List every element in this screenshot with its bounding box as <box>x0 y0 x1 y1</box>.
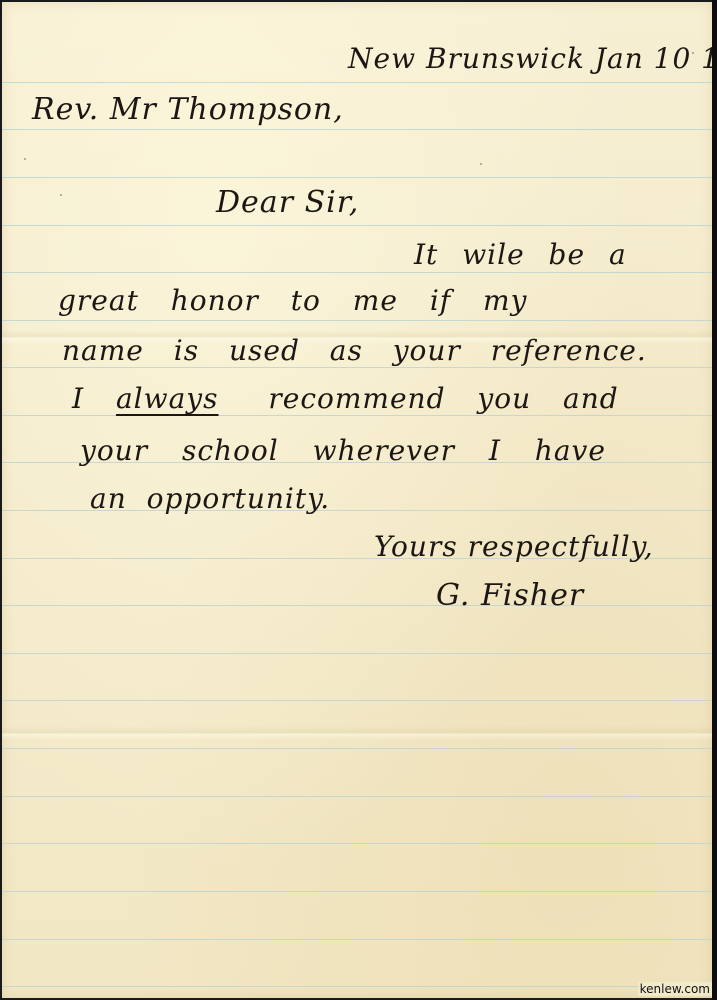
recipient-line: Rev. Mr Thompson, <box>32 92 344 127</box>
ruled-line <box>2 272 712 273</box>
ruled-line <box>2 225 712 226</box>
body-line-4: I always recommend you and <box>72 382 619 415</box>
ruled-line <box>2 891 712 892</box>
ruled-line <box>2 177 712 178</box>
scan-border <box>712 0 717 1000</box>
ruled-line <box>2 748 712 749</box>
signature: G. Fisher <box>436 578 584 613</box>
ruled-line <box>2 843 712 844</box>
underlined-word-always: always <box>116 382 219 415</box>
ruled-line <box>2 320 712 321</box>
watermark: kenlew.com <box>638 982 712 996</box>
ruled-line <box>2 986 712 987</box>
body-line-3: name is used as your reference. <box>62 334 647 367</box>
ruled-line <box>2 700 712 701</box>
paper-speck <box>24 158 26 160</box>
body-line-1: It wile be a <box>414 238 627 271</box>
ruled-line <box>2 82 712 83</box>
paper-speck <box>60 194 62 196</box>
body-line-2: great honor to me if my <box>58 284 527 317</box>
place-date-line: New Brunswick Jan 10 1875, <box>348 42 717 75</box>
ruled-line <box>2 415 712 416</box>
body-line-4-prefix: I <box>72 382 84 415</box>
ruled-line <box>2 939 712 940</box>
letter-page: New Brunswick Jan 10 1875, Rev. Mr Thomp… <box>2 2 712 998</box>
ruled-line <box>2 367 712 368</box>
ruled-line <box>2 796 712 797</box>
body-line-5: your school wherever I have <box>80 434 606 467</box>
fold-crease <box>2 726 712 740</box>
body-line-6: an opportunity. <box>90 482 330 515</box>
paper-speck <box>480 163 482 165</box>
body-line-4-rest: recommend you and <box>268 382 618 415</box>
ruled-line <box>2 605 712 606</box>
ruled-line <box>2 653 712 654</box>
ruled-line <box>2 129 712 130</box>
greeting-line: Dear Sir, <box>216 185 359 220</box>
closing-line: Yours respectfully, <box>374 530 654 563</box>
